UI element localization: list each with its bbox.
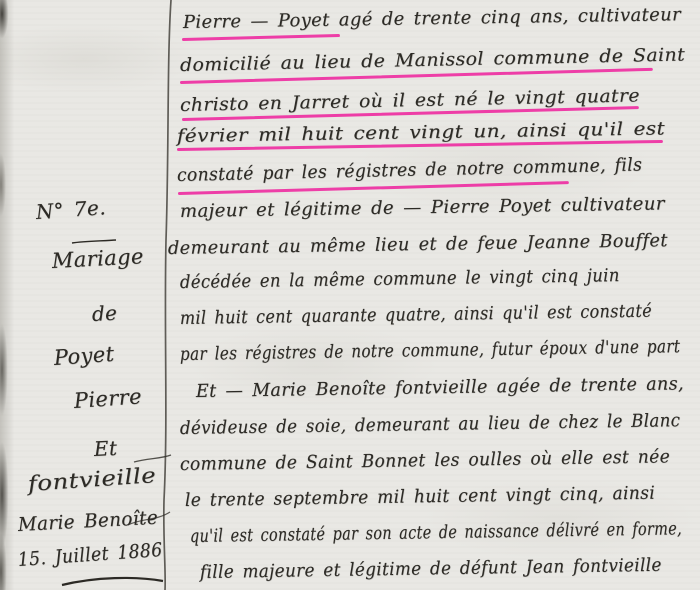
- body-text-line: dévideuse de soie, demeurant au lieu de …: [180, 410, 681, 439]
- body-text-line: mil huit cent quarante quatre, ainsi qu'…: [180, 301, 652, 329]
- margin-groom-firstname: Pierre: [73, 384, 143, 413]
- margin-mariage-label: Mariage: [51, 244, 144, 273]
- margin-bride-surname: fontvieille: [27, 463, 157, 496]
- margin-bottom-flourish: [62, 578, 163, 585]
- body-text-line: le trente septembre mil huit cent vingt …: [185, 483, 655, 511]
- margin-et-label: Et: [93, 436, 118, 461]
- body-text-line: constaté par les régistres de notre comm…: [177, 154, 643, 186]
- body-text-line: fille majeure et légitime de défunt Jean…: [200, 555, 662, 583]
- document-page: N° 7e. Mariage de Poyet Pierre Et fontvi…: [0, 0, 700, 590]
- body-text-line: par les régistres de notre commune, futu…: [180, 336, 681, 365]
- body-text-line: commune de Saint Bonnet les oulles où el…: [180, 446, 670, 475]
- body-text-line: décédée en la même commune le vingt cinq…: [180, 265, 620, 293]
- body-text-line: Et — Marie Benoîte fontvieille agée de t…: [196, 373, 684, 402]
- body-text-line: Pierre — Poyet agé de trente cinq ans, c…: [183, 4, 681, 33]
- margin-groom-surname: Poyet: [53, 342, 115, 370]
- page-edge-shadow: [0, 0, 16, 590]
- margin-de-label: de: [91, 301, 118, 326]
- margin-bride-firstname: Marie Benoîte: [17, 507, 158, 536]
- margin-number-underline: [72, 240, 116, 243]
- record-number: N° 7e.: [35, 195, 107, 224]
- body-text-line: demeurant au même lieu et de feue Jeanne…: [168, 230, 668, 259]
- stray-ink-stroke: [134, 455, 171, 462]
- margin-date: 15. Juillet 1886: [17, 539, 163, 571]
- vertical-rule: [164, 0, 171, 590]
- body-text-line: qu'il est constaté par son acte de naiss…: [190, 518, 682, 547]
- body-text-line: majeur et légitime de — Pierre Poyet cul…: [180, 193, 665, 222]
- highlight-underline: [182, 34, 340, 41]
